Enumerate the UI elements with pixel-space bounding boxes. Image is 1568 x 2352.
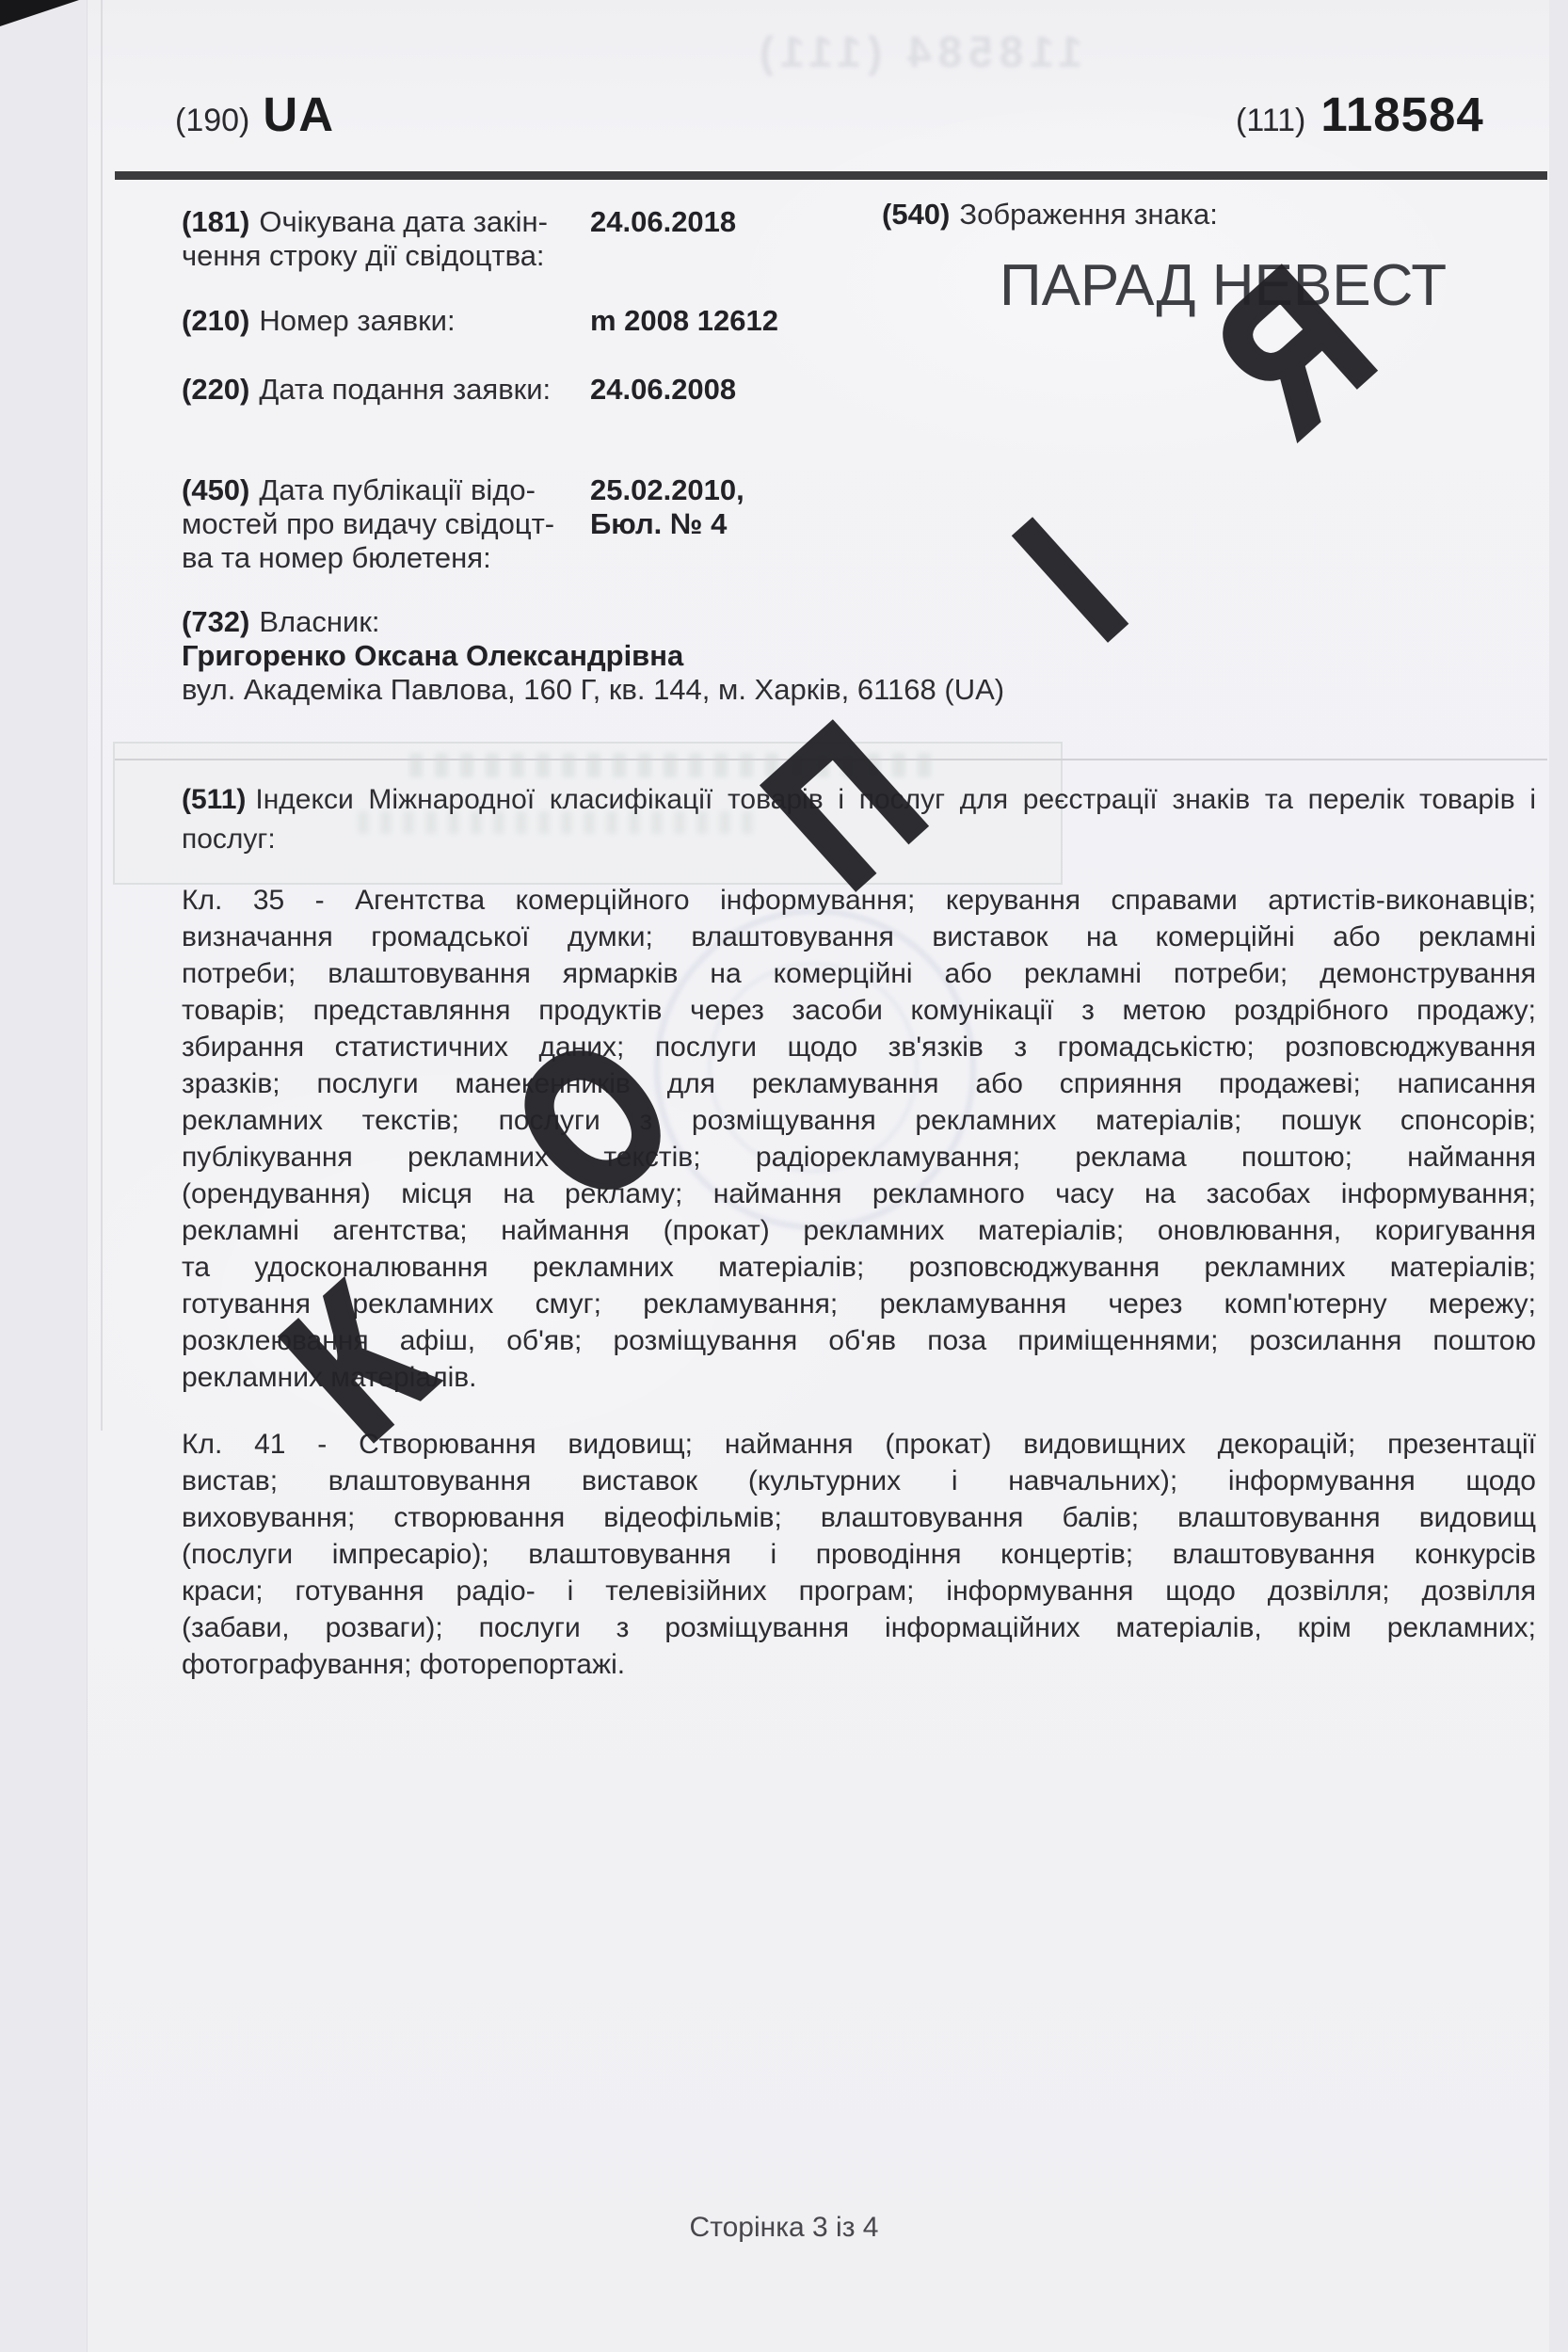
inid-511-code: (511) — [182, 784, 246, 815]
field-181-label: (181)Очікувана дата закін- чення строку … — [182, 205, 586, 273]
text-line: товарів; представляння продуктів через з… — [182, 992, 1536, 1029]
inid-220-code: (220) — [182, 373, 249, 406]
inid-450-code: (450) — [182, 473, 249, 506]
field-732-label: (732)Власник: — [182, 605, 380, 639]
text-line: потреби; влаштовування ярмарків на комер… — [182, 955, 1536, 992]
header-country: (190) UA — [175, 87, 334, 142]
paper-crease-line — [101, 0, 103, 1431]
field-540-label: (540)Зображення знака: — [882, 198, 1218, 232]
text-line: виховування; створювання відеофільмів; в… — [182, 1499, 1536, 1536]
text-line: визначання громадської думки; влаштовува… — [182, 919, 1536, 955]
text-line: краси; готування радіо- і телевізійних п… — [182, 1573, 1536, 1609]
text-line: та удосконалювання рекламних матеріалів;… — [182, 1249, 1536, 1286]
text-line: готування рекламних смуг; рекламування; … — [182, 1286, 1536, 1322]
watermark-letter-i: І — [987, 490, 1154, 668]
field-450-label: (450)Дата публікації відо- мостей про ви… — [182, 473, 586, 575]
text-line: (орендування) місця на рекламу; наймання… — [182, 1176, 1536, 1212]
country-code: UA — [263, 87, 334, 142]
paper-left-edge — [0, 0, 88, 2352]
text-line: рекламні агентства; наймання (прокат) ре… — [182, 1212, 1536, 1249]
inid-210-code: (210) — [182, 304, 249, 337]
registration-number: 118584 — [1320, 87, 1483, 142]
header-registration: (111) 118584 — [1236, 87, 1484, 142]
inid-190-label: (190) — [175, 103, 249, 139]
header-rule — [115, 171, 1547, 180]
owner-name: Григоренко Оксана Олександрівна — [182, 639, 683, 673]
class-35-paragraph: Кл. 35 - Агентства комерційного інформув… — [182, 882, 1536, 1396]
field-210-label: (210)Номер заявки: — [182, 304, 586, 338]
owner-address: вул. Академіка Павлова, 160 Г, кв. 144, … — [182, 673, 1004, 707]
field-450-value: 25.02.2010, Бюл. № 4 — [590, 473, 985, 541]
text-line: фотографування; фоторепортажі. — [182, 1646, 1536, 1683]
field-220-value: 24.06.2008 — [590, 373, 985, 407]
text-line: зразків; послуги манекенників для реклам… — [182, 1065, 1536, 1102]
text-line: збирання статистичних даних; послуги щод… — [182, 1029, 1536, 1065]
text-line: (послуги імпресаріо); влаштовування і пр… — [182, 1536, 1536, 1573]
bleed-through-number: 118584 (111) — [640, 26, 1082, 77]
trademark-certificate-scan: 118584 (111) (190) UA (111) 118584 (181)… — [0, 0, 1568, 2352]
inid-111-label: (111) — [1236, 103, 1305, 139]
inid-540-code: (540) — [882, 198, 950, 231]
field-220-label: (220)Дата подання заявки: — [182, 373, 586, 407]
text-line: публікування рекламних текстів; радіорек… — [182, 1139, 1536, 1176]
page-number: Сторінка 3 із 4 — [0, 2212, 1568, 2244]
text-line: рекламних текстів; послуги з розміщуванн… — [182, 1102, 1536, 1139]
scan-corner-shadow — [0, 0, 79, 26]
field-210-value: m 2008 12612 — [590, 304, 985, 338]
text-line: (забави, розваги); послуги з розміщуванн… — [182, 1609, 1536, 1646]
inid-732-code: (732) — [182, 605, 249, 638]
paper-right-edge — [1549, 0, 1568, 2352]
inid-181-code: (181) — [182, 205, 249, 238]
